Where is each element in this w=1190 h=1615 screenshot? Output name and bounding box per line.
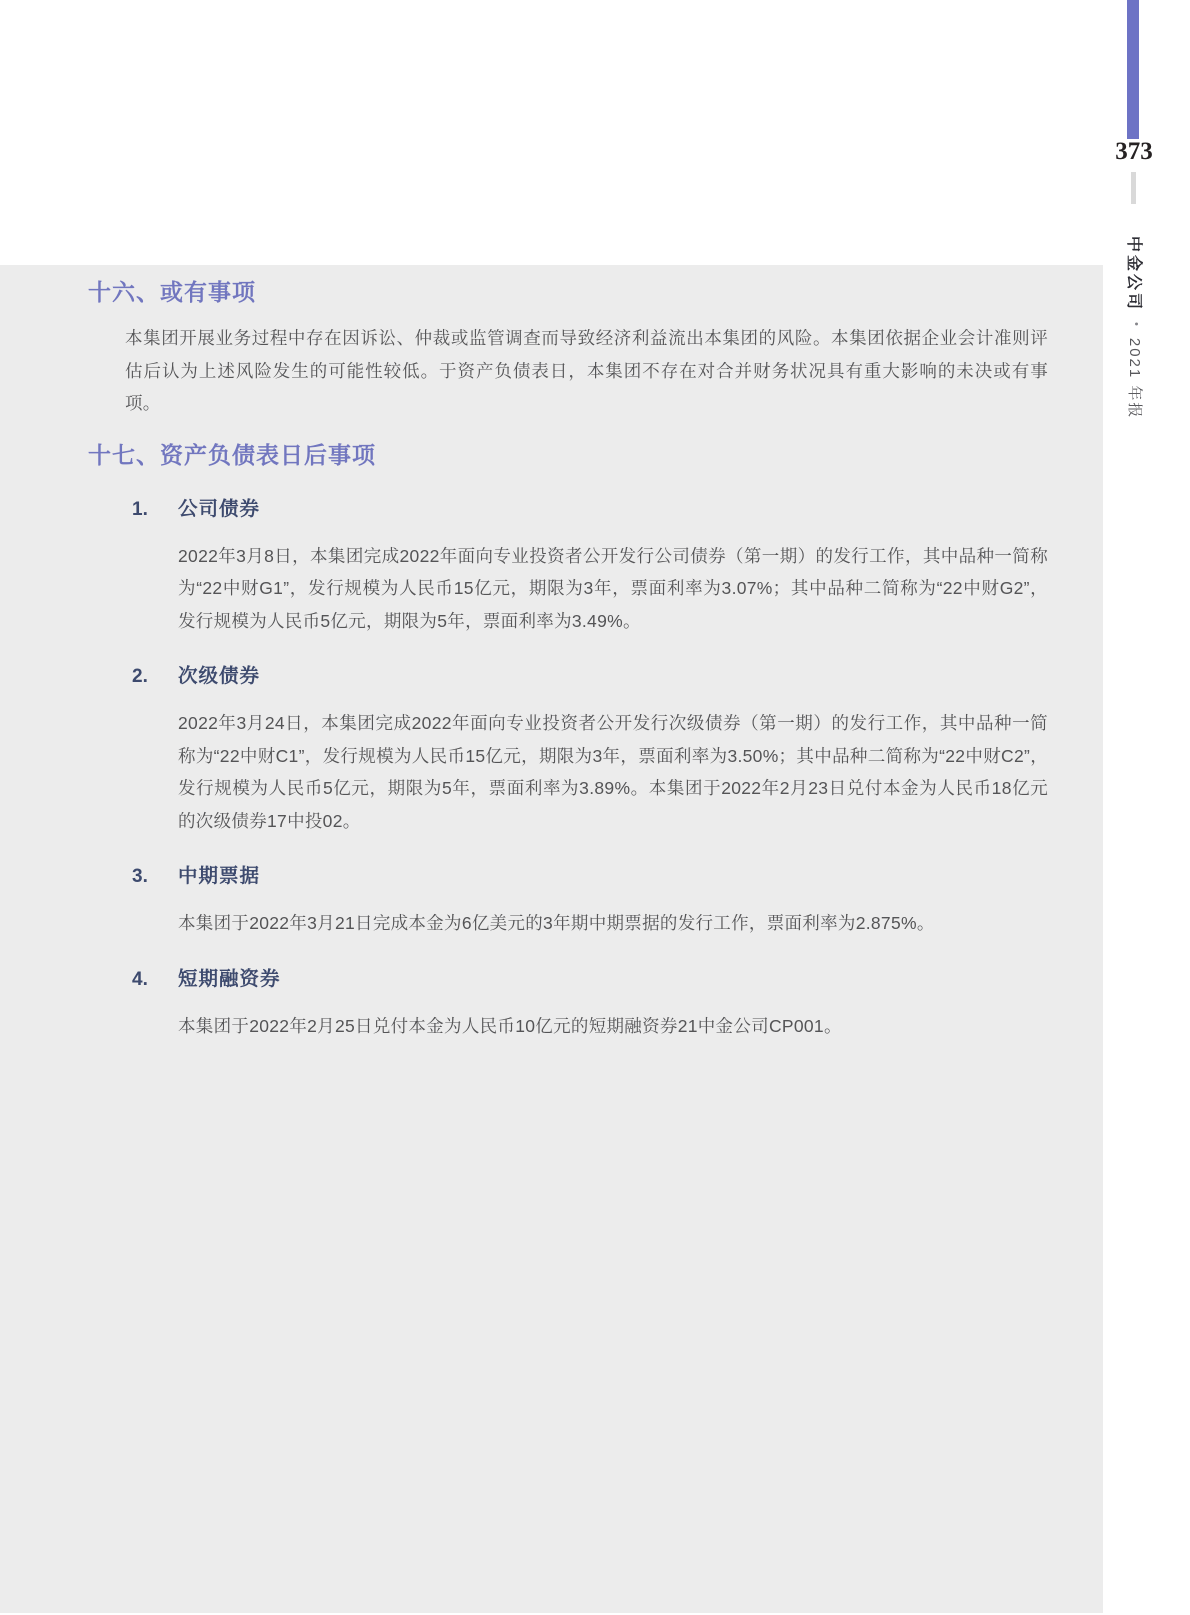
subsection-paragraph: 2022年3月8日，本集团完成2022年面向专业投资者公开发行公司债券（第一期）… bbox=[178, 540, 1048, 638]
subsection-title: 公司债券 bbox=[178, 496, 260, 522]
subsection-subordinated-bonds: 2. 次级债券 2022年3月24日，本集团完成2022年面向专业投资者公开发行… bbox=[0, 663, 1103, 837]
subsection-number: 4. bbox=[132, 967, 178, 993]
subsection-title: 次级债券 bbox=[178, 663, 260, 689]
company-name: 中金公司 bbox=[1125, 236, 1148, 312]
subsection-paragraph: 本集团于2022年3月21日完成本金为6亿美元的3年期中期票据的发行工作，票面利… bbox=[178, 907, 1048, 940]
subsection-paragraph: 本集团于2022年2月25日兑付本金为人民币10亿元的短期融资券21中金公司CP… bbox=[178, 1010, 1048, 1043]
content-panel: 十六、或有事项 本集团开展业务过程中存在因诉讼、仲裁或监管调查而导致经济利益流出… bbox=[0, 265, 1103, 1613]
subsection-heading: 2. 次级债券 bbox=[132, 663, 1103, 690]
section-17-heading: 十七、资产负债表日后事项 bbox=[88, 441, 1103, 470]
subsection-title: 短期融资券 bbox=[178, 966, 281, 992]
subsection-number: 1. bbox=[132, 497, 178, 523]
subsection-medium-term-notes: 3. 中期票据 本集团于2022年3月21日完成本金为6亿美元的3年期中期票据的… bbox=[0, 863, 1103, 940]
subsection-number: 3. bbox=[132, 864, 178, 890]
subsection-number: 2. bbox=[132, 664, 178, 690]
subsection-corporate-bonds: 1. 公司债券 2022年3月8日，本集团完成2022年面向专业投资者公开发行公… bbox=[0, 496, 1103, 638]
accent-bar bbox=[1127, 0, 1139, 139]
subsection-heading: 3. 中期票据 bbox=[132, 863, 1103, 890]
subsection-short-term-financing-bills: 4. 短期融资券 本集团于2022年2月25日兑付本金为人民币10亿元的短期融资… bbox=[0, 966, 1103, 1043]
subsection-title: 中期票据 bbox=[178, 863, 260, 889]
subsection-heading: 1. 公司债券 bbox=[132, 496, 1103, 523]
section-16-heading: 十六、或有事项 bbox=[88, 278, 1103, 307]
page-number: 373 bbox=[1105, 138, 1163, 166]
separator-dot-icon: • bbox=[1130, 322, 1142, 326]
subsection-paragraph: 2022年3月24日，本集团完成2022年面向专业投资者公开发行次级债券（第一期… bbox=[178, 707, 1048, 837]
section-16-paragraph: 本集团开展业务过程中存在因诉讼、仲裁或监管调查而导致经济利益流出本集团的风险。本… bbox=[125, 322, 1048, 420]
page-number-tick bbox=[1131, 172, 1136, 204]
sidebar-caption: 中金公司 • 2021 年报 bbox=[1127, 236, 1145, 419]
subsection-heading: 4. 短期融资券 bbox=[132, 966, 1103, 993]
edition-label: 2021 年报 bbox=[1126, 338, 1147, 420]
